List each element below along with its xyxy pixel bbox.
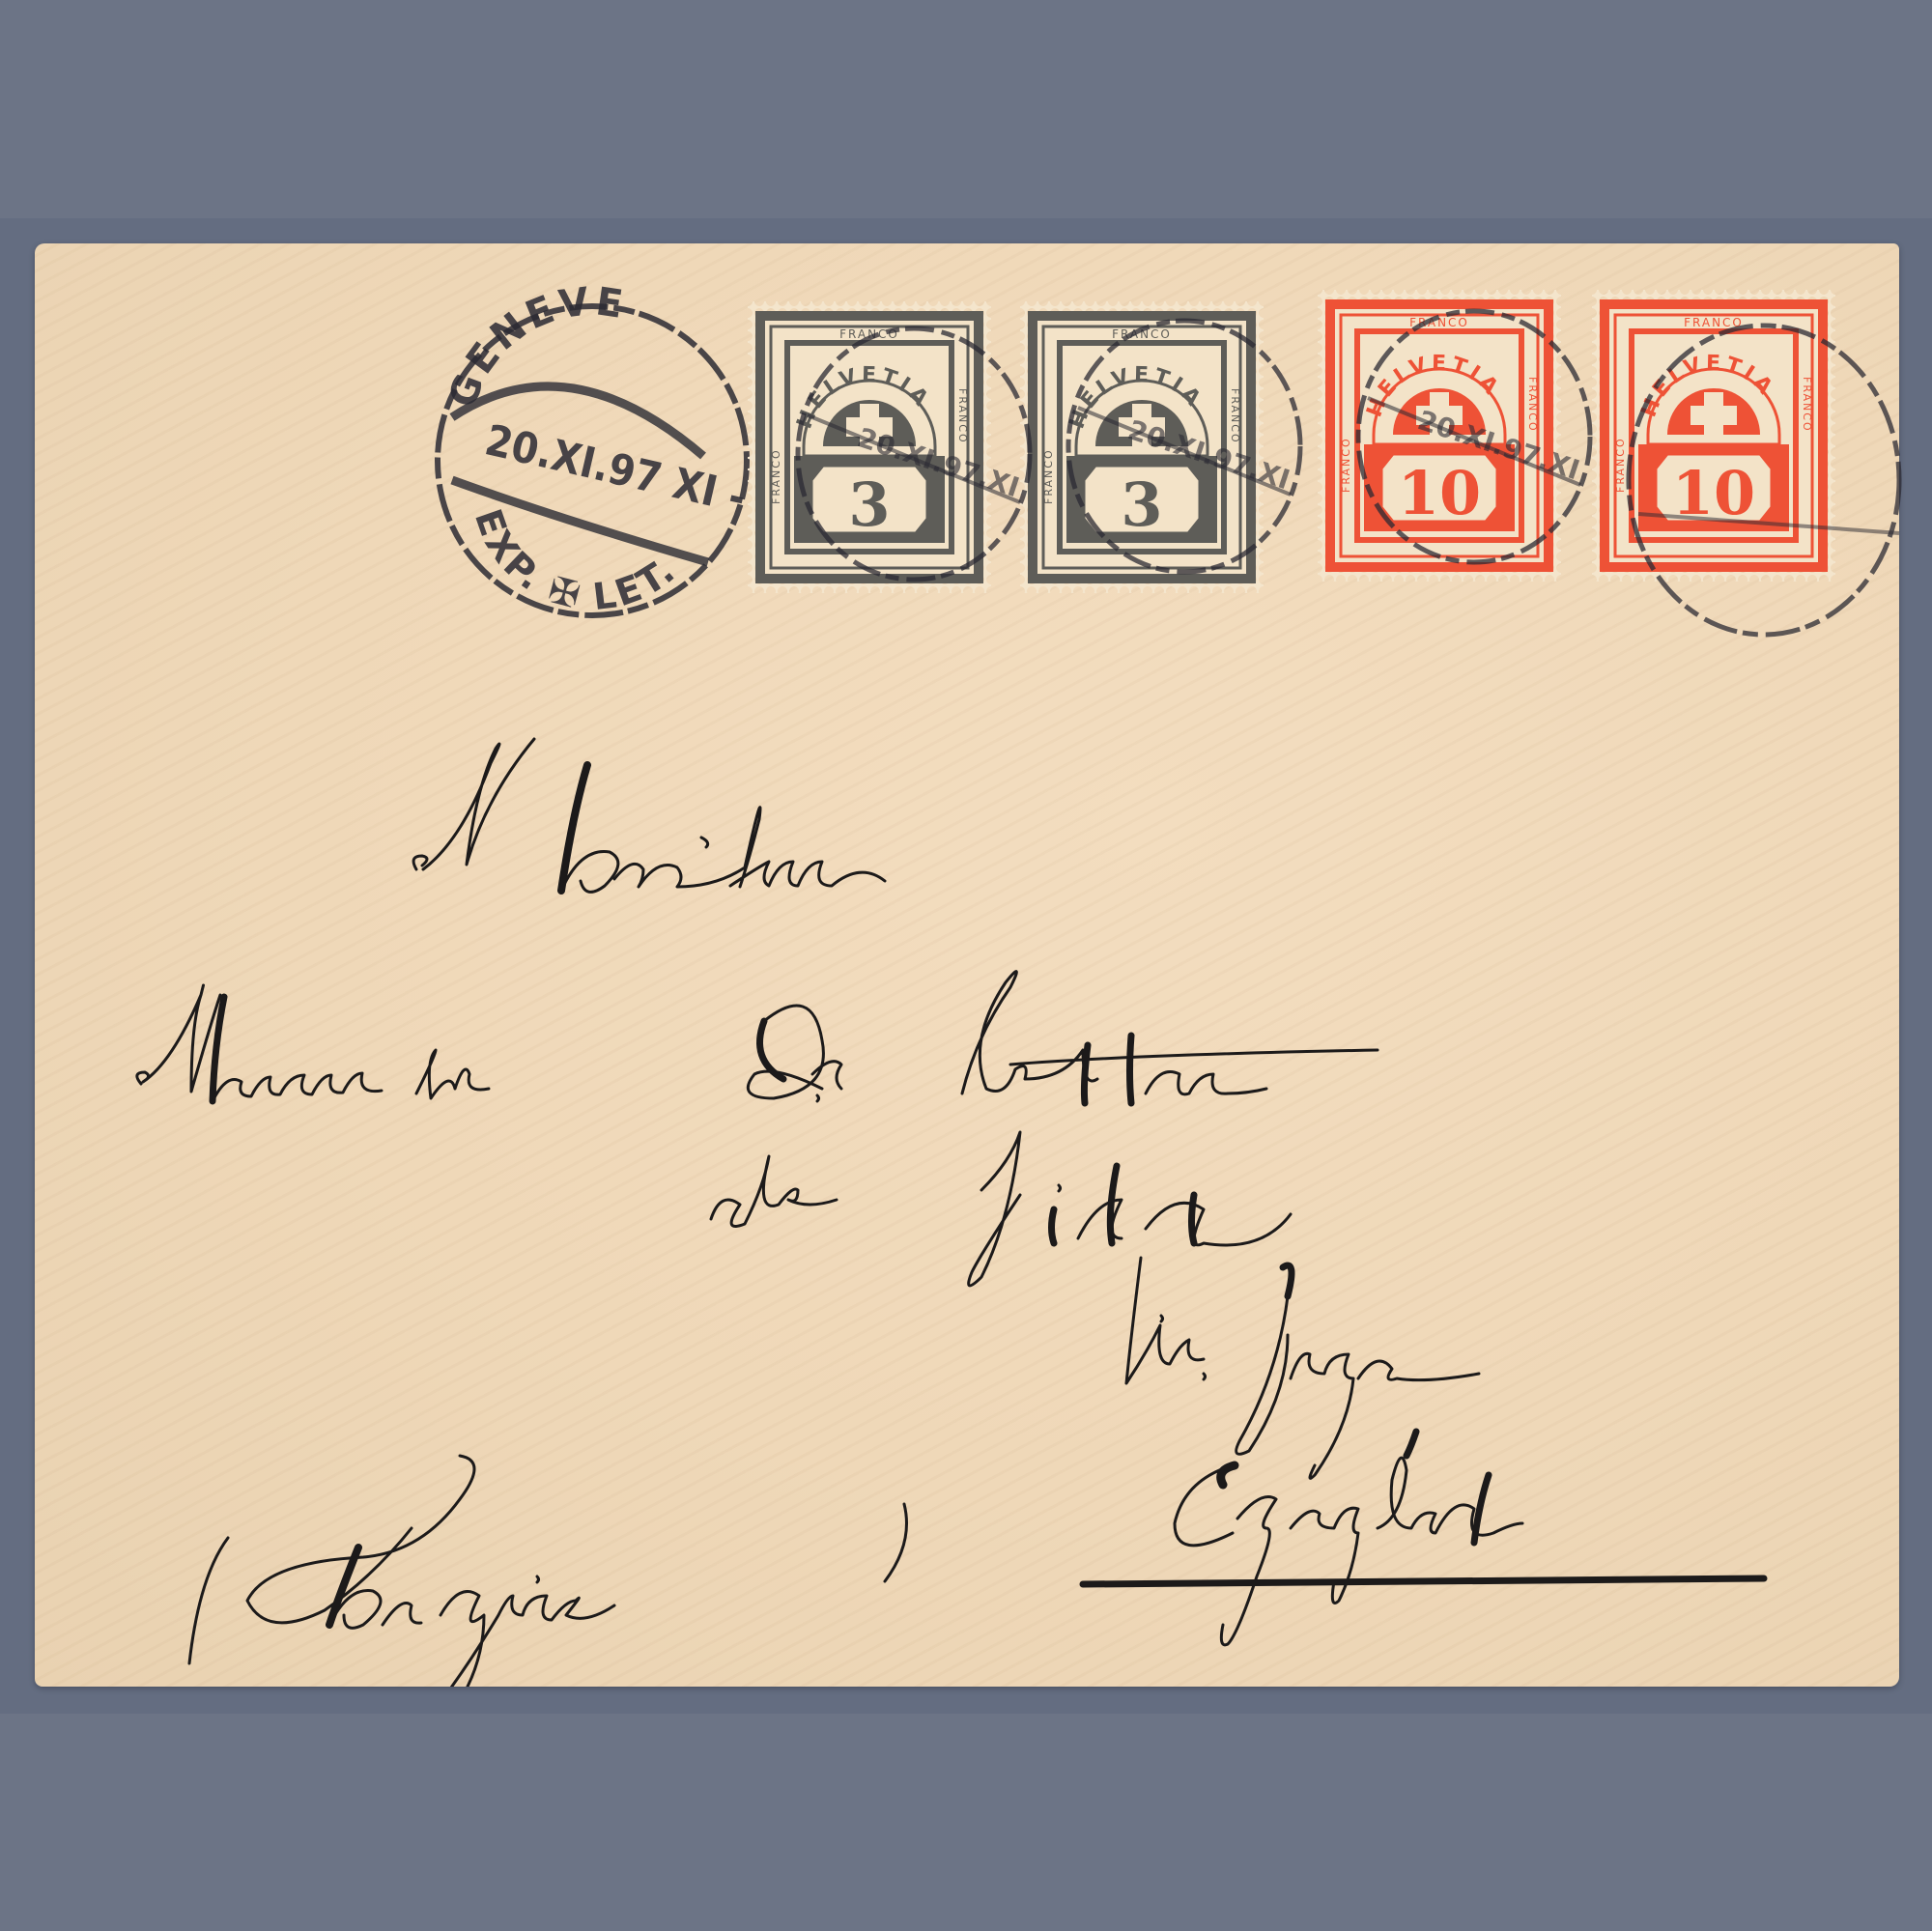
envelope: GENEVE 20.XI.97 XI - EXP. ✠ LET. FRANCO … — [35, 243, 1899, 1687]
svg-text:20.XI.97.XI: 20.XI.97.XI — [1124, 413, 1294, 496]
svg-text:20.XI.97.XI: 20.XI.97.XI — [854, 421, 1024, 503]
stamp-cancellation-mark — [1619, 311, 1909, 649]
handwriting-monsieur — [413, 739, 885, 892]
handwriting-country — [189, 1456, 907, 1687]
stamp-cancellation-mark: 20.XI.97.XI — [788, 309, 1039, 589]
handwriting-line3 — [1126, 1258, 1479, 1478]
handwriting-city — [1083, 1432, 1764, 1645]
svg-text:20.XI.97.XI: 20.XI.97.XI — [1414, 404, 1584, 486]
stamp-cancellation-mark: 20.XI.97.XI — [1059, 301, 1310, 582]
stamp-cancellation-mark: 20.XI.97.XI — [1349, 292, 1600, 572]
handwriting-line1 — [137, 972, 1378, 1103]
handwriting-line2 — [711, 1132, 1291, 1286]
